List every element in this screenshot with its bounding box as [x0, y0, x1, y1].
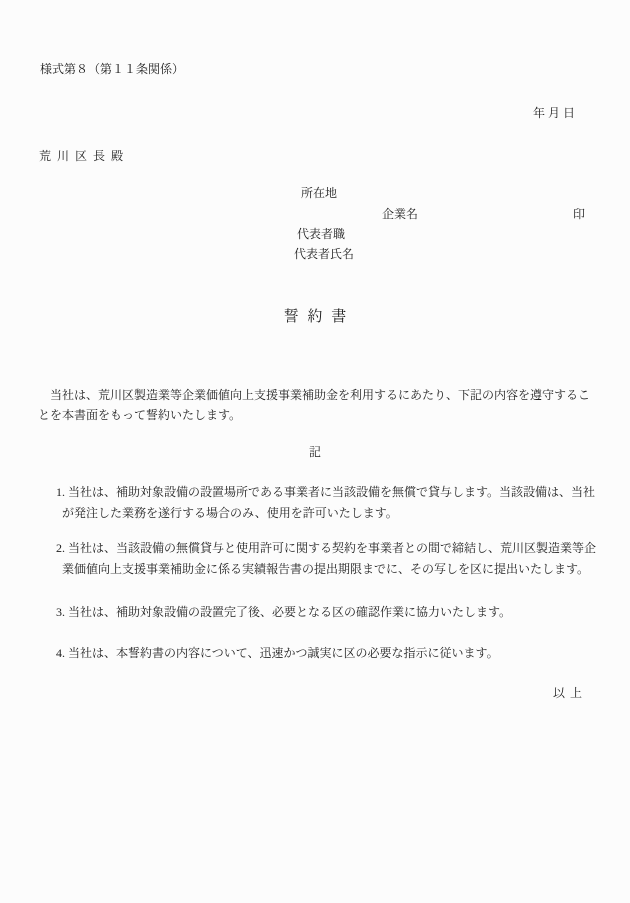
closing-statement: 以 上 — [553, 686, 582, 700]
pledge-document-page: 様式第８（第１１条関係） 年 月 日 荒 川 区 長 殿 所在地 企業名 印 代… — [0, 0, 630, 903]
form-number: 様式第８（第１１条関係） — [40, 62, 184, 76]
document-title: 誓 約 書 — [0, 309, 630, 326]
pledge-item-2: 2. 当社は、当該設備の無償貸与と使用許可に関する契約を事業者との間で締結し、荒… — [62, 538, 622, 580]
seal-label: 印 — [573, 207, 585, 221]
addressee-line: 荒 川 区 長 殿 — [39, 149, 123, 163]
representative-title-label: 代表者職 — [297, 227, 345, 241]
list-heading: 記 — [0, 445, 630, 459]
pledge-item-4: 4. 当社は、本誓約書の内容について、迅速かつ誠実に区の必要な指示に従います。 — [62, 643, 622, 664]
representative-name-label: 代表者氏名 — [294, 247, 354, 261]
pledge-item-3: 3. 当社は、補助対象設備の設置完了後、必要となる区の確認作業に協力いたします。 — [62, 602, 622, 623]
intro-paragraph: 当社は、荒川区製造業等企業価値向上支援事業補助金を利用するにあたり、下記の内容を… — [38, 385, 622, 425]
location-label: 所在地 — [301, 186, 337, 200]
company-name-label: 企業名 — [382, 207, 418, 221]
pledge-item-1: 1. 当社は、補助対象設備の設置場所である事業者に当該設備を無償で貸与します。当… — [62, 482, 622, 524]
date-line: 年 月 日 — [533, 106, 575, 120]
